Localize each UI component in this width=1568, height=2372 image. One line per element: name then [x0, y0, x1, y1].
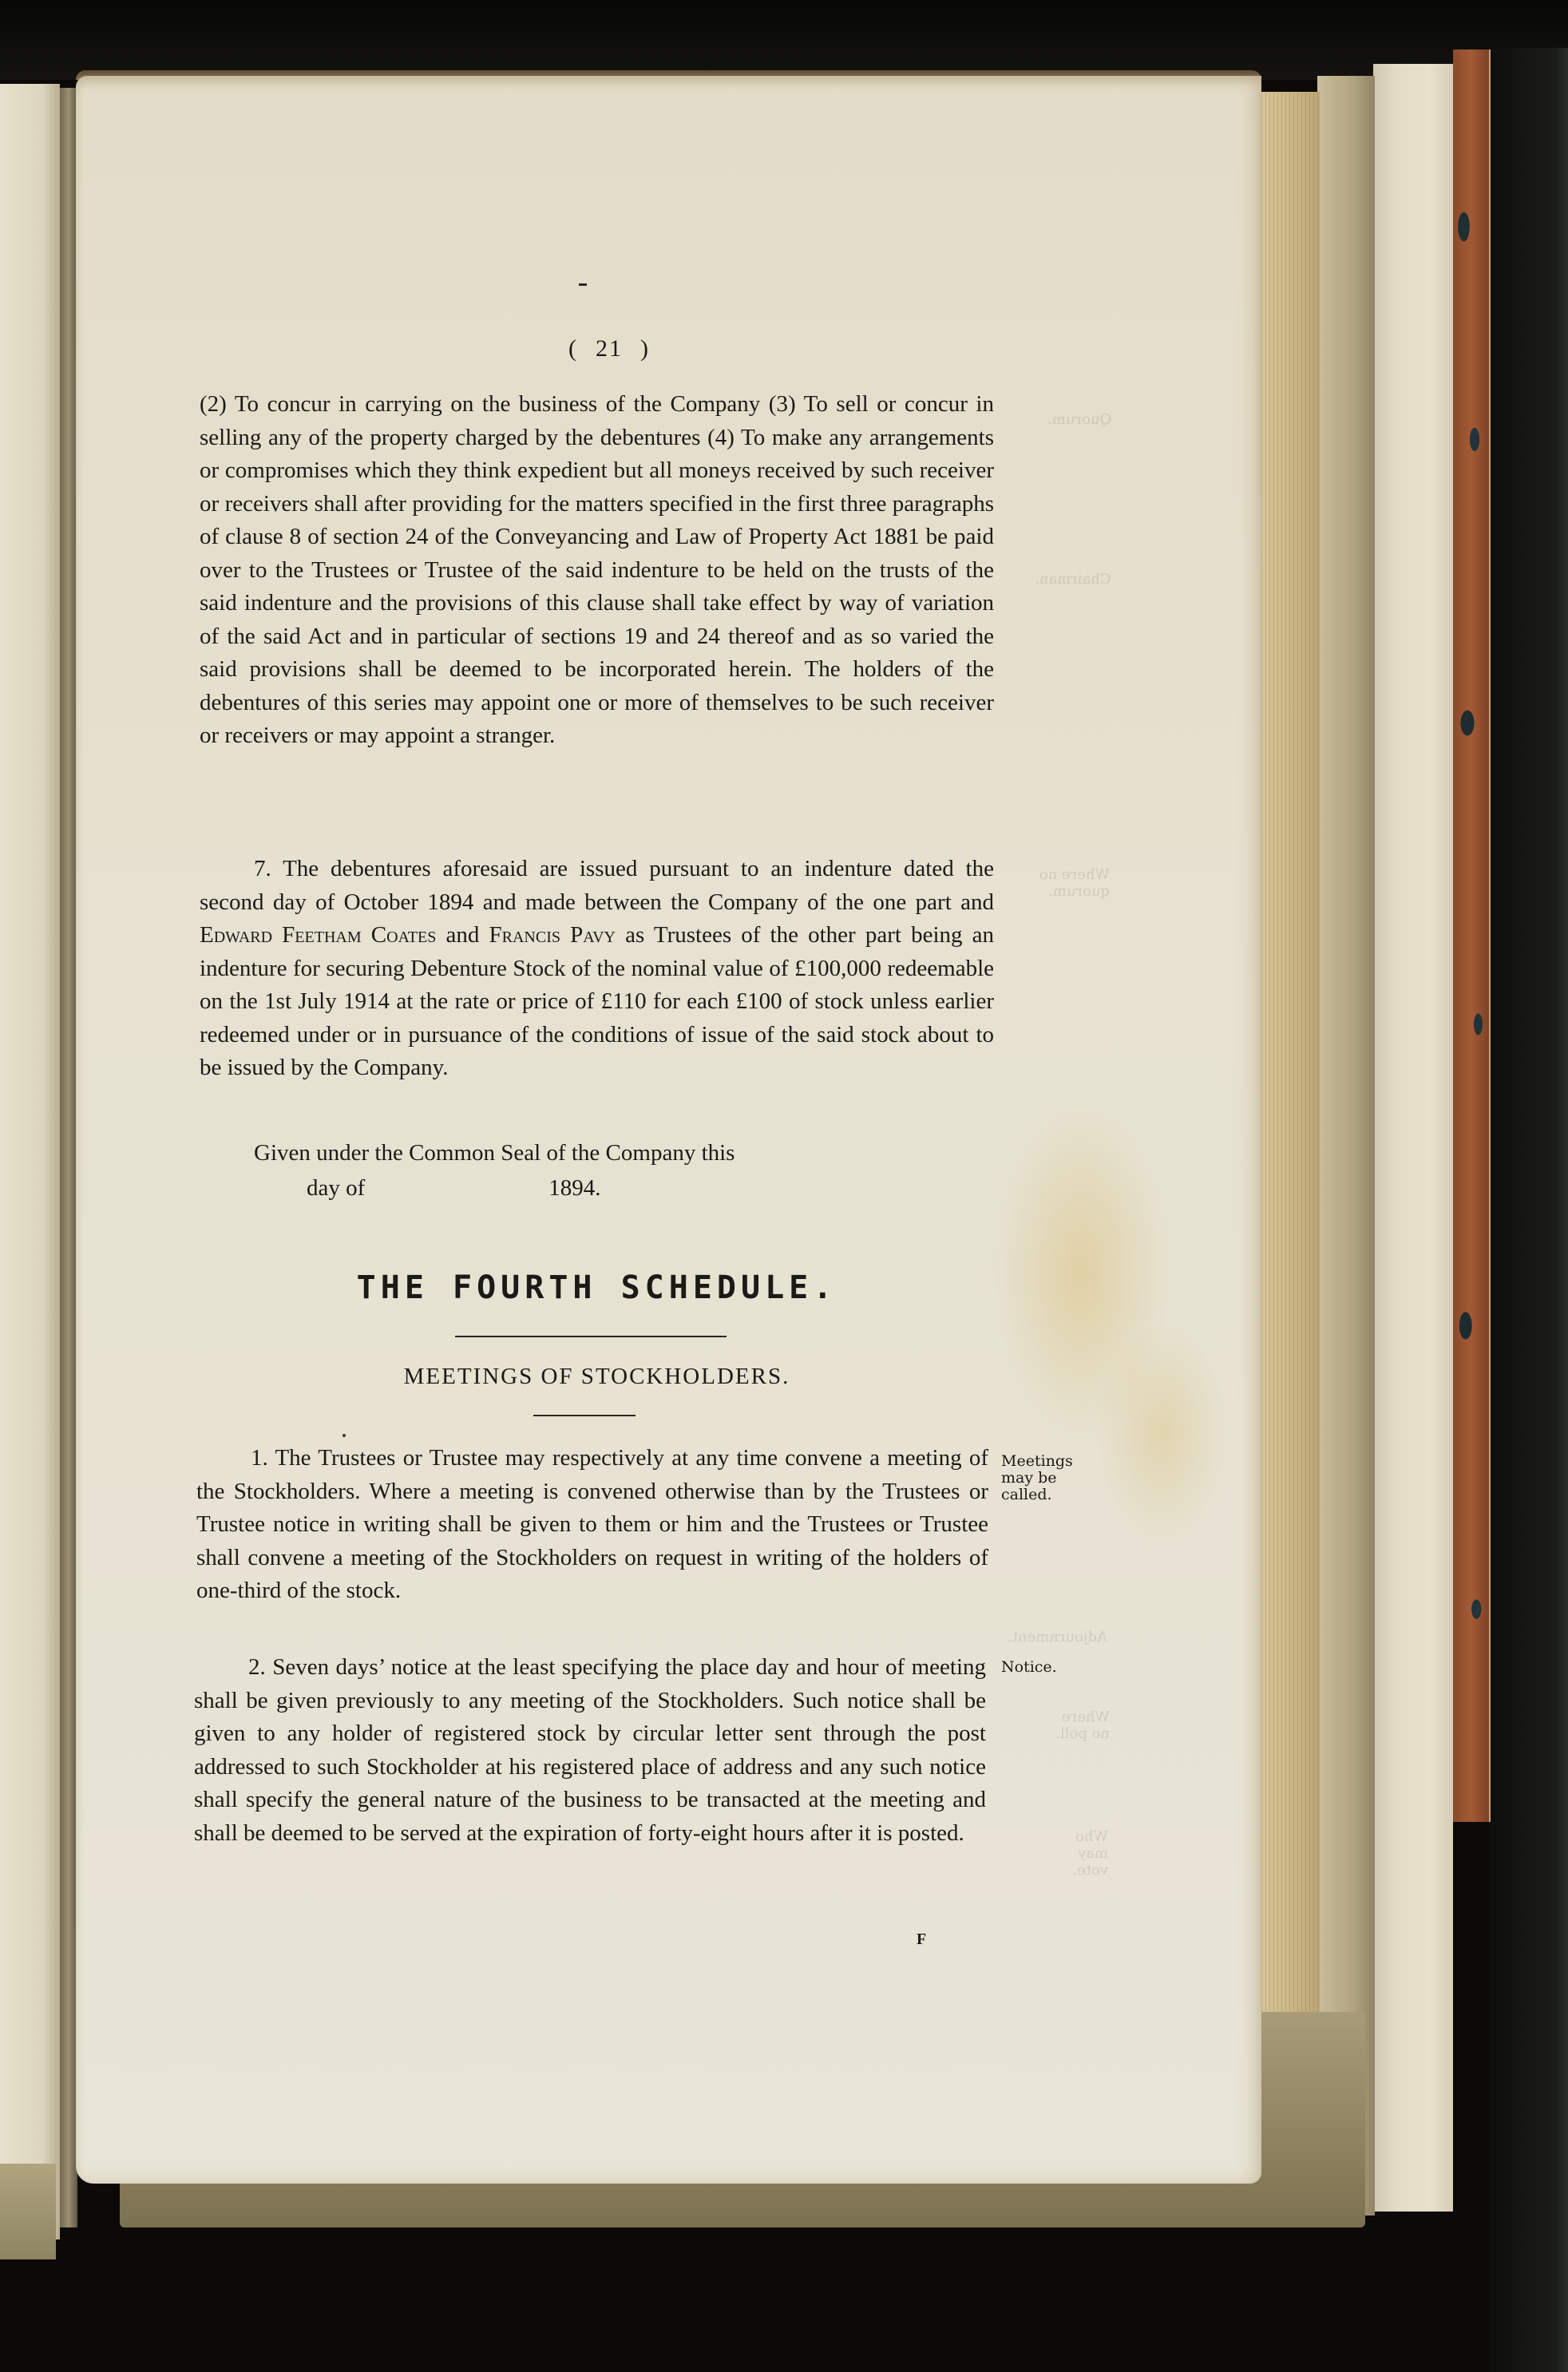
continued-clause: (2) To concur in carrying on the busines… [200, 388, 994, 753]
schedule-subtitle: MEETINGS OF STOCKHOLDERS. [200, 1364, 994, 1390]
book-cover-top [0, 0, 1568, 80]
schedule-paragraph-2: 2. Seven days’ notice at the least speci… [194, 1651, 986, 1850]
bleed-through-note: Where no quorum. [1030, 866, 1110, 900]
schedule-title: THE FOURTH SCHEDULE. [200, 1269, 994, 1306]
paragraph-1-text: 1. The Trustees or Trustee may respectiv… [196, 1442, 988, 1608]
seal-year: 1894. [548, 1175, 600, 1201]
print-speck [343, 1434, 346, 1437]
page-number-value: 21 [596, 335, 623, 362]
page-number-open: ( [568, 335, 578, 362]
page-edges-stack [1257, 92, 1320, 2152]
bleed-through-note: Who may vote. [1052, 1828, 1108, 1879]
margin-note-notice: Notice. [1001, 1659, 1057, 1676]
trustee-name-1: Edward Feetham Coates [200, 922, 436, 948]
bleed-through-note: Quorum. [1047, 411, 1111, 428]
bleed-through-note: Chairman. [1035, 571, 1111, 588]
facing-page-left-lower [0, 2164, 56, 2259]
signature-mark: F [917, 1930, 926, 1949]
facing-page-left [0, 84, 60, 2239]
loose-leaf-shaded [1317, 76, 1375, 2216]
clause-7: 7. The debentures aforesaid are issued p… [200, 853, 994, 1085]
clause-7-part-1: 7. The debentures aforesaid are issued p… [200, 856, 994, 915]
subtitle-rule [533, 1415, 636, 1416]
loose-leaf-cream [1373, 64, 1453, 2212]
seal-date-line: day of1894. [254, 1170, 735, 1206]
bleed-through-note: Adjournment. [1008, 1629, 1107, 1645]
page-number: (21) [551, 335, 667, 362]
marbled-endpaper [1453, 49, 1491, 1822]
paragraph-2-text: 2. Seven days’ notice at the least speci… [194, 1651, 986, 1850]
continued-clause-text: (2) To concur in carrying on the busines… [200, 388, 994, 753]
schedule-paragraph-1: 1. The Trustees or Trustee may respectiv… [196, 1442, 988, 1608]
trustee-name-2: Francis Pavy [489, 922, 616, 948]
print-mark [579, 283, 587, 286]
common-seal-attestation: Given under the Common Seal of the Compa… [254, 1135, 735, 1206]
margin-note-meetings-may-be-called: Meetings may be called. [1001, 1453, 1105, 1503]
seal-line: Given under the Common Seal of the Compa… [254, 1135, 735, 1170]
title-rule [455, 1336, 727, 1337]
page-number-close: ) [640, 335, 650, 362]
book-gutter [60, 88, 77, 2227]
bleed-through-note: Where no poll. [1054, 1709, 1110, 1742]
clause-7-conjunction: and [436, 922, 489, 948]
seal-day-label: day of [307, 1175, 365, 1201]
book-cover-right [1489, 48, 1568, 2372]
clause-7-text: 7. The debentures aforesaid are issued p… [200, 853, 994, 1085]
